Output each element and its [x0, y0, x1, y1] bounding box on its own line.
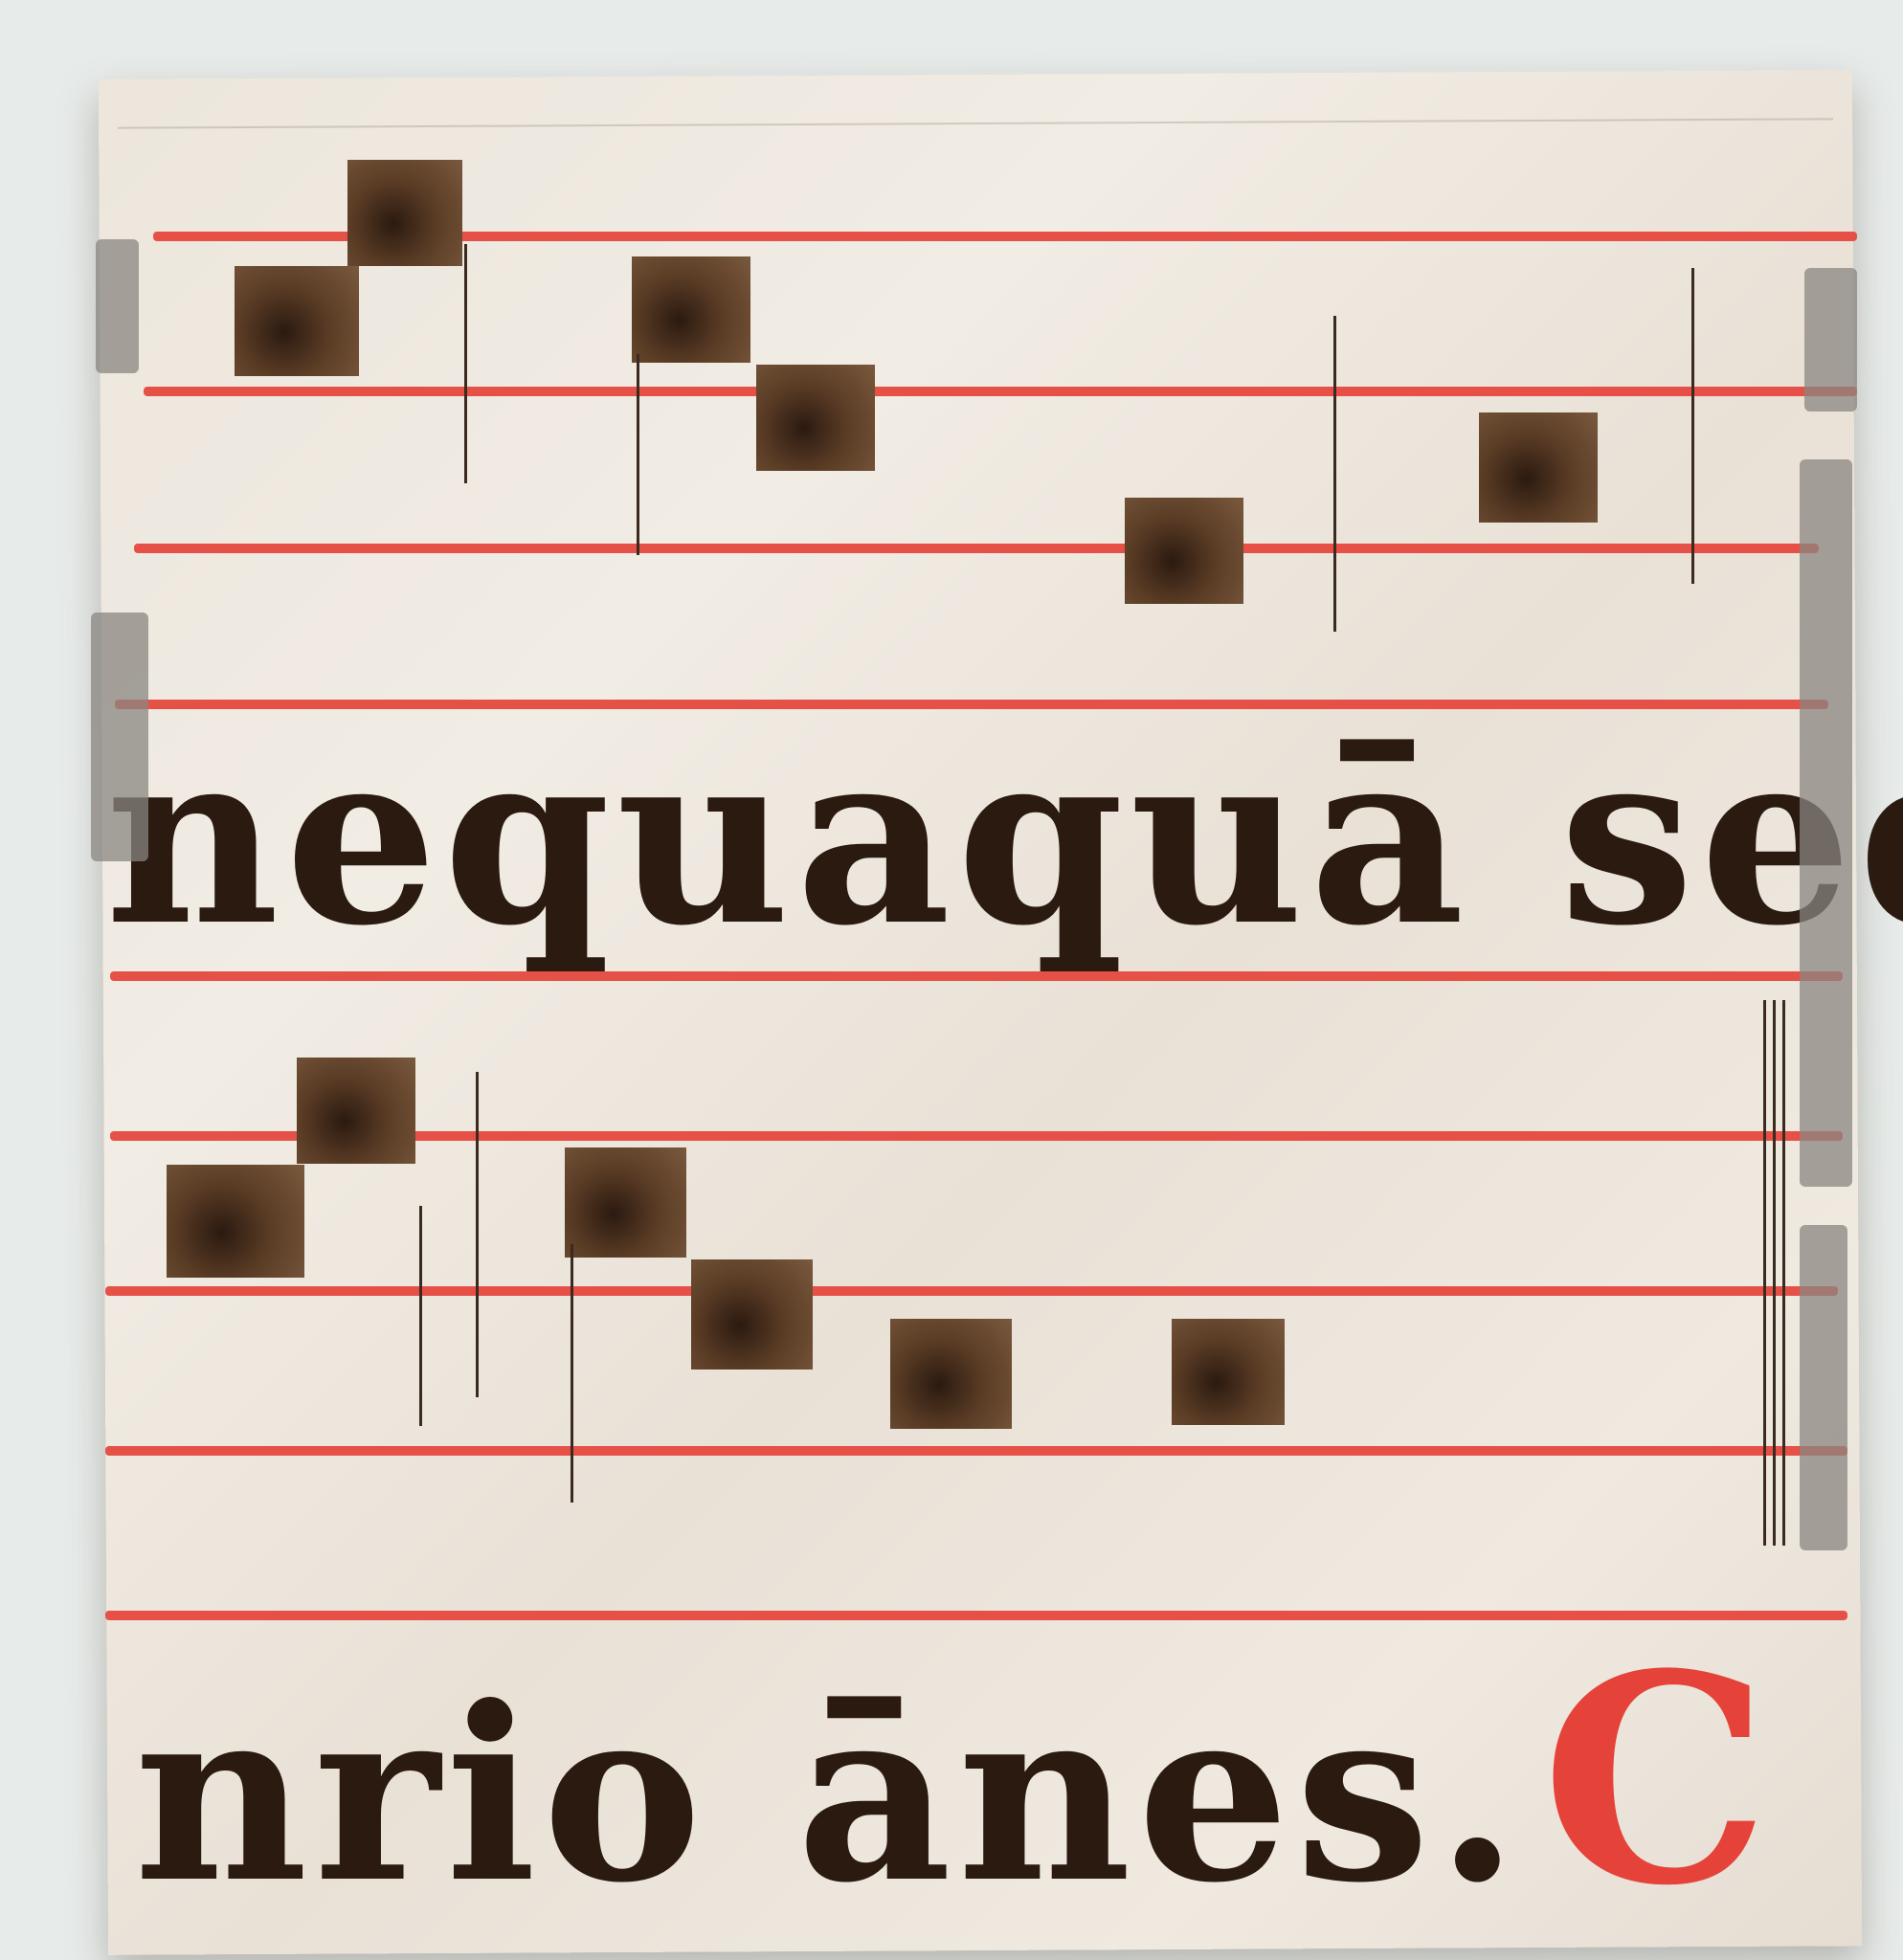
rubricated-initial: C	[1541, 1627, 1770, 1933]
edge-damage	[96, 239, 139, 373]
square-note	[1125, 498, 1243, 604]
square-note	[1479, 412, 1598, 523]
note-stem	[571, 1244, 573, 1503]
edge-damage	[1800, 459, 1852, 1187]
square-note	[347, 160, 462, 266]
square-note	[565, 1147, 686, 1258]
square-note	[691, 1259, 813, 1370]
staff-line	[144, 387, 1857, 396]
note-stem	[419, 1206, 422, 1426]
note-stem	[1773, 1000, 1776, 1546]
square-note	[632, 256, 750, 363]
note-stem	[1763, 1000, 1766, 1546]
edge-damage	[91, 612, 148, 861]
note-stem	[637, 354, 639, 555]
staff-line	[134, 544, 1819, 553]
note-stem	[1782, 1000, 1785, 1546]
note-stem	[476, 1072, 479, 1397]
lyric-line-1: nequaquā sed	[105, 703, 1903, 971]
staff-line	[105, 1286, 1838, 1296]
note-stem	[1333, 316, 1336, 632]
square-note	[297, 1058, 415, 1164]
fold-line	[118, 118, 1833, 128]
edge-damage	[1804, 268, 1857, 412]
square-note	[167, 1165, 304, 1278]
edge-damage	[1800, 1225, 1847, 1550]
square-note	[890, 1319, 1012, 1429]
lyric-line-2: nrio ānes.	[134, 1660, 1525, 1928]
square-note	[1172, 1319, 1285, 1425]
square-note	[756, 365, 875, 471]
note-stem	[1691, 268, 1694, 584]
staff-line	[105, 1446, 1847, 1456]
note-stem	[464, 244, 467, 483]
square-note	[235, 266, 359, 376]
